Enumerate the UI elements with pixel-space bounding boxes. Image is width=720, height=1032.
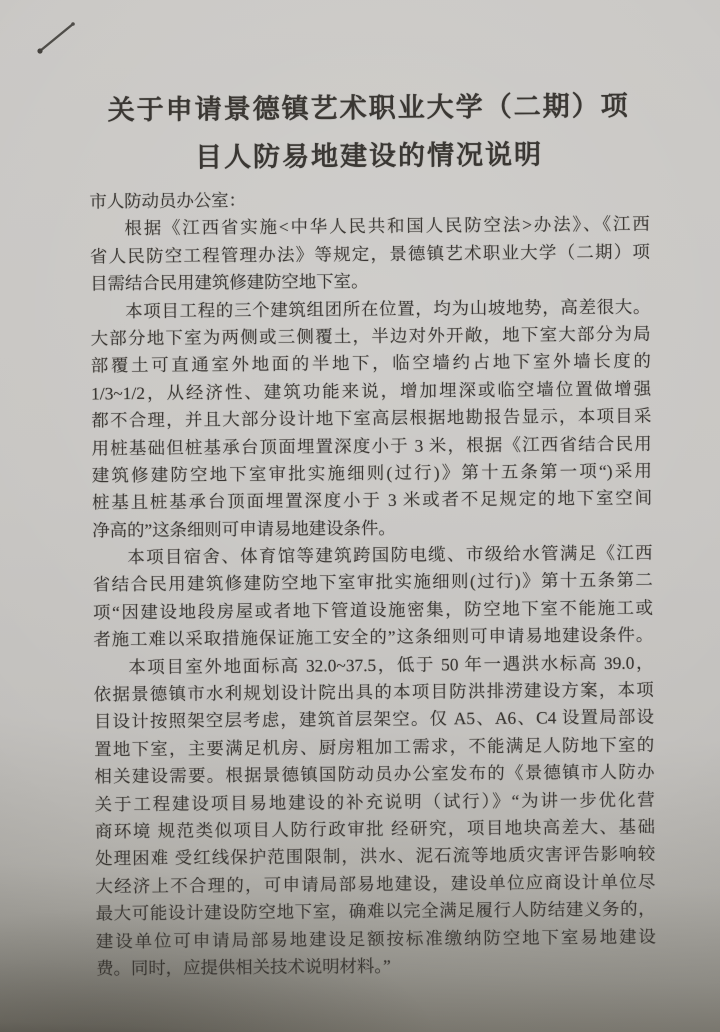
- document-body: 市人防动员办公室：根据《江西省实施<中华人民共和国人民防空法>办法》、《江西省人…: [89, 184, 656, 983]
- body-line: 都不合理，并且大部分设计地下室高层根据地勘报告显示，本项目采: [91, 403, 651, 435]
- title-line-1: 关于申请景德镇艺术职业大学（二期）项: [88, 82, 648, 135]
- title-line-2: 目人防易地建设的情况说明: [89, 130, 649, 183]
- body-line: 省人民防空工程管理办法》等规定，景德镇艺术职业大学（二期）项: [90, 238, 650, 270]
- body-line: 建设单位可申请局部易地建设足额按标准缴纳防空地下室易地建设: [96, 923, 656, 955]
- body-line: 相关建设需要。根据景德镇国防动员办公室发布的《景德镇市人防办: [94, 759, 654, 791]
- body-line: 桩基且桩基承台顶面埋置深度小于 3 米或者不足规定的地下室空间: [92, 485, 652, 517]
- body-line: 者施工难以采取措施保证施工安全的”这条细则可申请易地建设条件。: [93, 622, 653, 654]
- body-line: 最大可能设计建设防空地下室，确难以完全满足履行人防结建义务的，: [96, 896, 656, 928]
- document-title: 关于申请景德镇艺术职业大学（二期）项 目人防易地建设的情况说明: [88, 82, 649, 183]
- document-content: 关于申请景德镇艺术职业大学（二期）项 目人防易地建设的情况说明 市人防动员办公室…: [88, 82, 656, 983]
- pen-stroke-mark: [28, 12, 84, 60]
- photographed-document-page: 关于申请景德镇艺术职业大学（二期）项 目人防易地建设的情况说明 市人防动员办公室…: [0, 0, 720, 1032]
- body-line: 费。同时，应提供相关技术说明材料。”: [96, 950, 656, 982]
